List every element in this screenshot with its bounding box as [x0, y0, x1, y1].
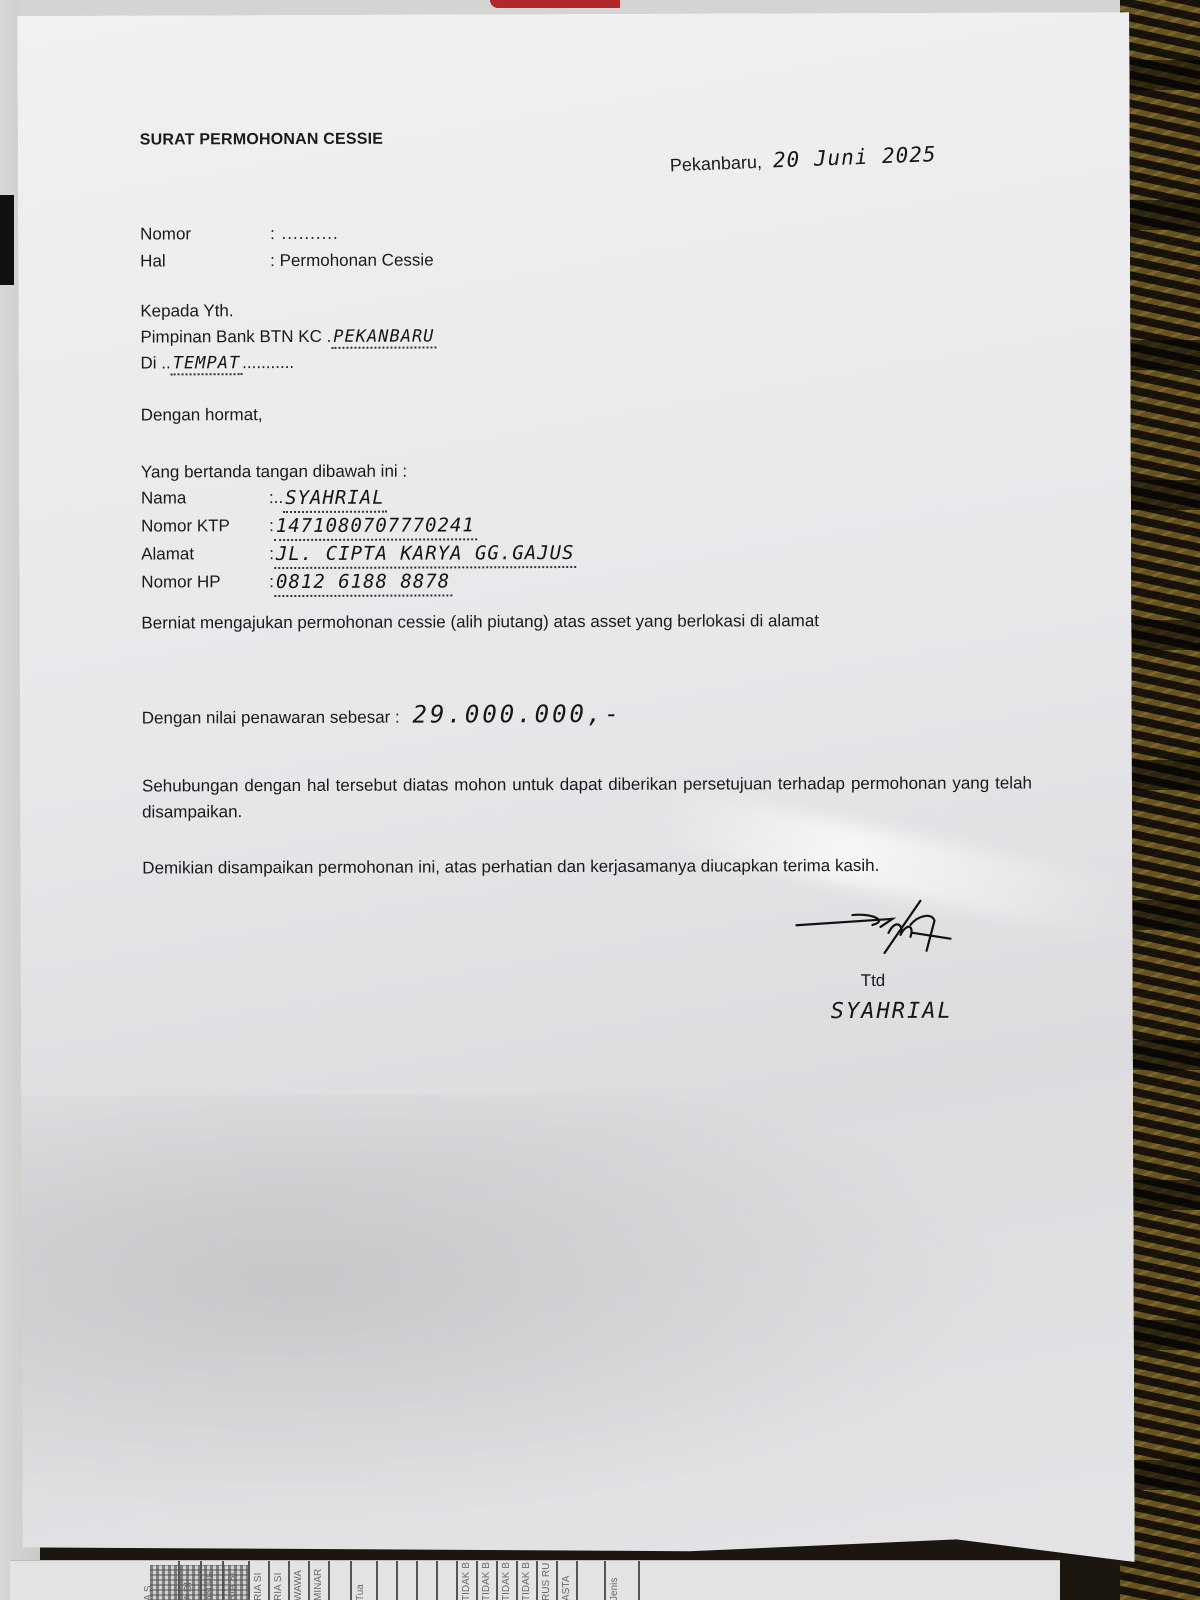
table-strip-column	[418, 1561, 438, 1600]
field-colon: :..	[269, 485, 283, 513]
recipient-line-2: Pimpinan Bank BTN KC .PEKANBARU	[140, 323, 436, 350]
table-strip-column: AN PE	[202, 1561, 224, 1600]
offer-label: Dengan nilai penawaran sebesar :	[142, 708, 400, 728]
table-strip-column: RIA SI	[270, 1561, 290, 1600]
recipient-bank-prefix: Pimpinan Bank BTN KC .	[140, 327, 331, 347]
offer-line: Dengan nilai penawaran sebesar : 29.000.…	[142, 700, 622, 730]
ttd-label: Ttd	[861, 971, 886, 991]
table-strip-column: Tua	[352, 1561, 378, 1600]
letter-sheet: SURAT PERMOHONAN CESSIE Pekanbaru, 20 Ju…	[17, 12, 1134, 1566]
table-strip-column	[378, 1561, 398, 1600]
nomor-value: : ..........	[270, 220, 339, 247]
red-folder-edge	[490, 0, 620, 8]
table-strip-column: TIDAK B	[478, 1561, 498, 1600]
field-value-alamat: JL. CIPTA KARYA GG.GAJUS	[274, 540, 577, 569]
signature-icon	[792, 893, 952, 969]
recipient-place-handwritten: TEMPAT	[171, 353, 242, 375]
recipient-line-3: Di ..TEMPAT...........	[140, 349, 436, 376]
table-strip-column: A S	[140, 1561, 180, 1600]
signer-name-handwritten: SYAHRIAL	[831, 999, 953, 1024]
table-strip-column: A DI	[180, 1561, 202, 1600]
recipient-di-suffix: ...........	[242, 353, 294, 372]
table-strip-column: ASTA	[558, 1561, 578, 1600]
date-handwritten: 20 Juni 2025	[772, 142, 937, 172]
table-strip-column	[438, 1561, 458, 1600]
table-strip-column: TIDAK B	[518, 1561, 538, 1600]
table-strip-column: TIDAK B	[498, 1561, 518, 1600]
hal-value: : Permohonan Cessie	[270, 246, 434, 274]
table-strip-columns: A SA DIAN PERIA SIRIA SIRIA SIWAWAMINART…	[140, 1561, 640, 1600]
table-strip-column: RIA SI	[250, 1561, 270, 1600]
meta-row-hal: Hal : Permohonan Cessie	[140, 246, 434, 274]
table-strip-column: MINAR	[310, 1561, 330, 1600]
field-value-ktp: 1471080707770241	[274, 512, 477, 541]
identity-block: Yang bertanda tangan dibawah ini : Nama …	[141, 458, 577, 598]
letter-title: SURAT PERMOHONAN CESSIE	[140, 131, 383, 150]
identity-row-hp: Nomor HP : 0812 6188 8878	[141, 568, 576, 598]
field-label: Alamat	[141, 541, 269, 569]
identity-row-alamat: Alamat : JL. CIPTA KARYA GG.GAJUS	[141, 540, 576, 570]
field-label: Nomor HP	[141, 569, 269, 597]
field-value-nama: SYAHRIAL	[283, 485, 387, 513]
paragraph-closing: Demikian disampaikan permohonan ini, ata…	[142, 856, 879, 879]
underlying-table-strip: A SA DIAN PERIA SIRIA SIRIA SIWAWAMINART…	[10, 1560, 1060, 1600]
table-strip-column: TIDAK B	[458, 1561, 478, 1600]
recipient-branch-handwritten: PEKANBARU	[331, 326, 436, 348]
field-value-hp: 0812 6188 8878	[274, 568, 452, 597]
hal-label: Hal	[140, 247, 270, 274]
paragraph-request: Sehubungan dengan hal tersebut diatas mo…	[142, 770, 1032, 825]
nomor-label: Nomor	[140, 220, 270, 247]
table-strip-column	[330, 1561, 352, 1600]
table-strip-column: Jenis	[606, 1561, 640, 1600]
table-strip-column	[398, 1561, 418, 1600]
place: Pekanbaru,	[670, 152, 763, 176]
identity-intro: Yang bertanda tangan dibawah ini :	[141, 458, 576, 486]
black-tab	[0, 195, 14, 285]
recipient-di-prefix: Di ..	[140, 353, 170, 372]
paragraph-intent: Berniat mengajukan permohonan cessie (al…	[141, 611, 819, 633]
table-strip-column: RUS RU	[538, 1561, 558, 1600]
table-strip-column	[578, 1561, 606, 1600]
field-label: Nama	[141, 485, 269, 513]
recipient-block: Kepada Yth. Pimpinan Bank BTN KC .PEKANB…	[140, 297, 436, 376]
letter-meta: Nomor : .......... Hal : Permohonan Cess…	[140, 219, 434, 274]
greeting: Dengan hormat,	[141, 405, 263, 425]
field-label: Nomor KTP	[141, 513, 269, 541]
identity-row-nama: Nama :.. SYAHRIAL	[141, 484, 576, 514]
identity-row-ktp: Nomor KTP : 1471080707770241	[141, 512, 576, 542]
recipient-line-1: Kepada Yth.	[140, 297, 436, 324]
table-strip-column: RIA SI	[224, 1561, 250, 1600]
signature-block: Ttd SYAHRIAL	[792, 892, 1013, 1053]
offer-value-handwritten: 29.000.000,-	[412, 700, 621, 729]
meta-row-nomor: Nomor : ..........	[140, 219, 434, 247]
place-date: Pekanbaru, 20 Juni 2025	[669, 142, 937, 176]
table-strip-column: WAWA	[290, 1561, 310, 1600]
